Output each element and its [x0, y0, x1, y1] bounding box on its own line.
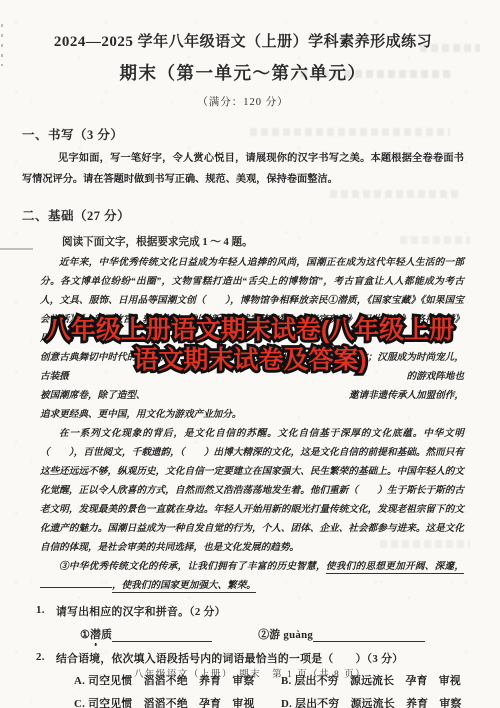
- answer-blank-line: [112, 632, 212, 642]
- exam-title: 2024—2025 学年八年级语文（上册）学科素养形成练习: [22, 30, 464, 51]
- passage-line: 在一系列文化现象的背后，是文化自信的苏醒。文化自信基于深厚的文化底蕴。中华文明: [40, 424, 464, 443]
- question-stem: 结合语境，依次填入语段括号内的词语最恰当的一项是（ ）（3 分）: [56, 651, 403, 666]
- passage-fragment: ③中华优秀传统文化的传承，让我们拥有了丰富的历史智慧，: [59, 561, 326, 572]
- q1-item1-rest: 质: [101, 629, 112, 641]
- passage-line: 自信的体现，是社会审美的共同选择，也是文化发展的趋势。: [40, 538, 464, 557]
- option-d: D. 层出不穷 源远流长 养育 审察: [281, 696, 464, 708]
- reading-passage: 近年来，中华优秀传统文化日益成为年轻人追捧的风尚，国潮正在成为这代年轻人生活的一…: [40, 253, 464, 595]
- passage-line: 这些还远远不够，纵观历史，文化自信一定要建立在国家强大、民生繁荣的基础上。中国年…: [40, 462, 464, 481]
- questions-block: 1. 请写出相应的汉字和拼音。（2 分） ①潜质 ②游 guàng 2. 结合语…: [22, 604, 464, 708]
- question-1: 1. 请写出相应的汉字和拼音。（2 分）: [36, 604, 464, 619]
- q1-item1: ①潜质: [80, 627, 112, 642]
- circled-number: ①: [80, 629, 90, 641]
- section-writing-heading: 一、书写（3 分）: [22, 125, 464, 143]
- reading-instruction: 阅读下面文字，根据要求完成 1 ～ 4 题。: [40, 234, 464, 249]
- question-number: 2.: [36, 651, 56, 666]
- passage-line: ，使我们的国家更加强大、繁荣。: [40, 576, 464, 595]
- passage-line: 近年来，中华优秀传统文化日益成为年轻人追捧的风尚，国潮正在成为这代年轻人生活的一…: [40, 253, 464, 272]
- passage-line: 化遗产的魅力。国潮日益成为一种自发自觉的行为，个人、团体、企业、社会都参与进来。…: [40, 519, 464, 538]
- exam-subtitle: 期末（第一单元～第六单元）: [22, 60, 464, 85]
- exam-paper-page: 2024—2025 学年八年级语文（上册）学科素养形成练习 期末（第一单元～第六…: [0, 0, 500, 708]
- answer-blank-line: [313, 632, 425, 642]
- section-basics-heading: 二、基础（27 分）: [22, 206, 464, 224]
- passage-line: （ ），百世阅文，千载遗韵，（ ）出博大精深的文化，这是文化自信的前提和基础。然…: [40, 443, 464, 462]
- passage-line-partially-covered: 古装摄 的游戏阵地也: [40, 367, 464, 386]
- passage-fragment: 的游戏阵地也: [406, 367, 464, 386]
- passage-fragment: 古装摄: [40, 367, 69, 386]
- page-content: 2024—2025 学年八年级语文（上册）学科素养形成练习 期末（第一单元～第六…: [0, 0, 500, 708]
- passage-line: 创意古典舞切中时代的审美脉搏，把中华优秀传统文化的张力发挥得淋漓尽致；汉服成为时…: [40, 348, 464, 367]
- passage-line: 分。各文博单位纷纷“出圈”，文物雪糕打造出“舌尖上的博物馆”，考古盲盒让人人都能…: [40, 272, 464, 291]
- question-1-items: ①潜质 ②游 guàng: [80, 627, 464, 642]
- passage-line: 追求更经典、更中国，用文化为游戏产业加分。: [40, 405, 464, 424]
- page-footer: 八年级语文（上册） 期末 第 1 页（共 8 页）: [0, 666, 500, 680]
- passage-line-partially-covered: 被国潮席卷，除了造型、 邀请非遗传承人加盟创作，: [40, 386, 464, 405]
- section-writing-body: 见字如面，写一笔好字，令人赏心悦目，请展现你的汉字书写之美。本题根据全卷卷面书写…: [22, 148, 464, 190]
- passage-line: ③中华优秀传统文化的传承，让我们拥有了丰富的历史智慧，使我们的思想更加开阔、深邃…: [40, 557, 464, 576]
- q1-item2: ②游 guàng: [258, 627, 313, 642]
- fill-in-blank-line: [40, 578, 112, 588]
- passage-fragment: 邀请非遗传承人加盟创作，: [349, 386, 464, 405]
- option-c: C. 司空见惯 滔滔不绝 孕育 审视: [74, 696, 281, 708]
- question-number: 1.: [36, 604, 56, 619]
- passage-line: 化觉醒，正以令人欣喜的方式，自然而然又浩浩荡荡地发生着。他们重新（ ）生于斯长于…: [40, 481, 464, 500]
- emphasized-character: 潜: [90, 627, 101, 642]
- question-stem: 请写出相应的汉字和拼音。（2 分）: [56, 604, 226, 619]
- passage-line: 老文明，发现最美的景色一直就在身边。年轻人开始用新的眼光打量传统文化，发现老祖宗…: [40, 500, 464, 519]
- passage-fragment: 被国潮席卷，除了造型、: [40, 386, 146, 405]
- underlined-sentence: 使我们的思想更加开阔、深邃，: [326, 561, 464, 574]
- passage-line: 会说话》《上新了故宫》轮番上映，以崭新的形式宣传文物；《唐宫夜宴》《只此青绿》《…: [40, 310, 464, 348]
- question-2: 2. 结合语境，依次填入语段括号内的词语最恰当的一项是（ ）（3 分）: [36, 651, 464, 666]
- total-score-note: （满分：120 分）: [22, 94, 464, 109]
- passage-line: 人，文具、服饰、日用品等国潮文创（ ），博物馆争相释放亲民①潜质，《国家宝藏》《…: [40, 291, 464, 310]
- underlined-sentence: ，使我们的国家更加强大、繁荣。: [112, 580, 256, 593]
